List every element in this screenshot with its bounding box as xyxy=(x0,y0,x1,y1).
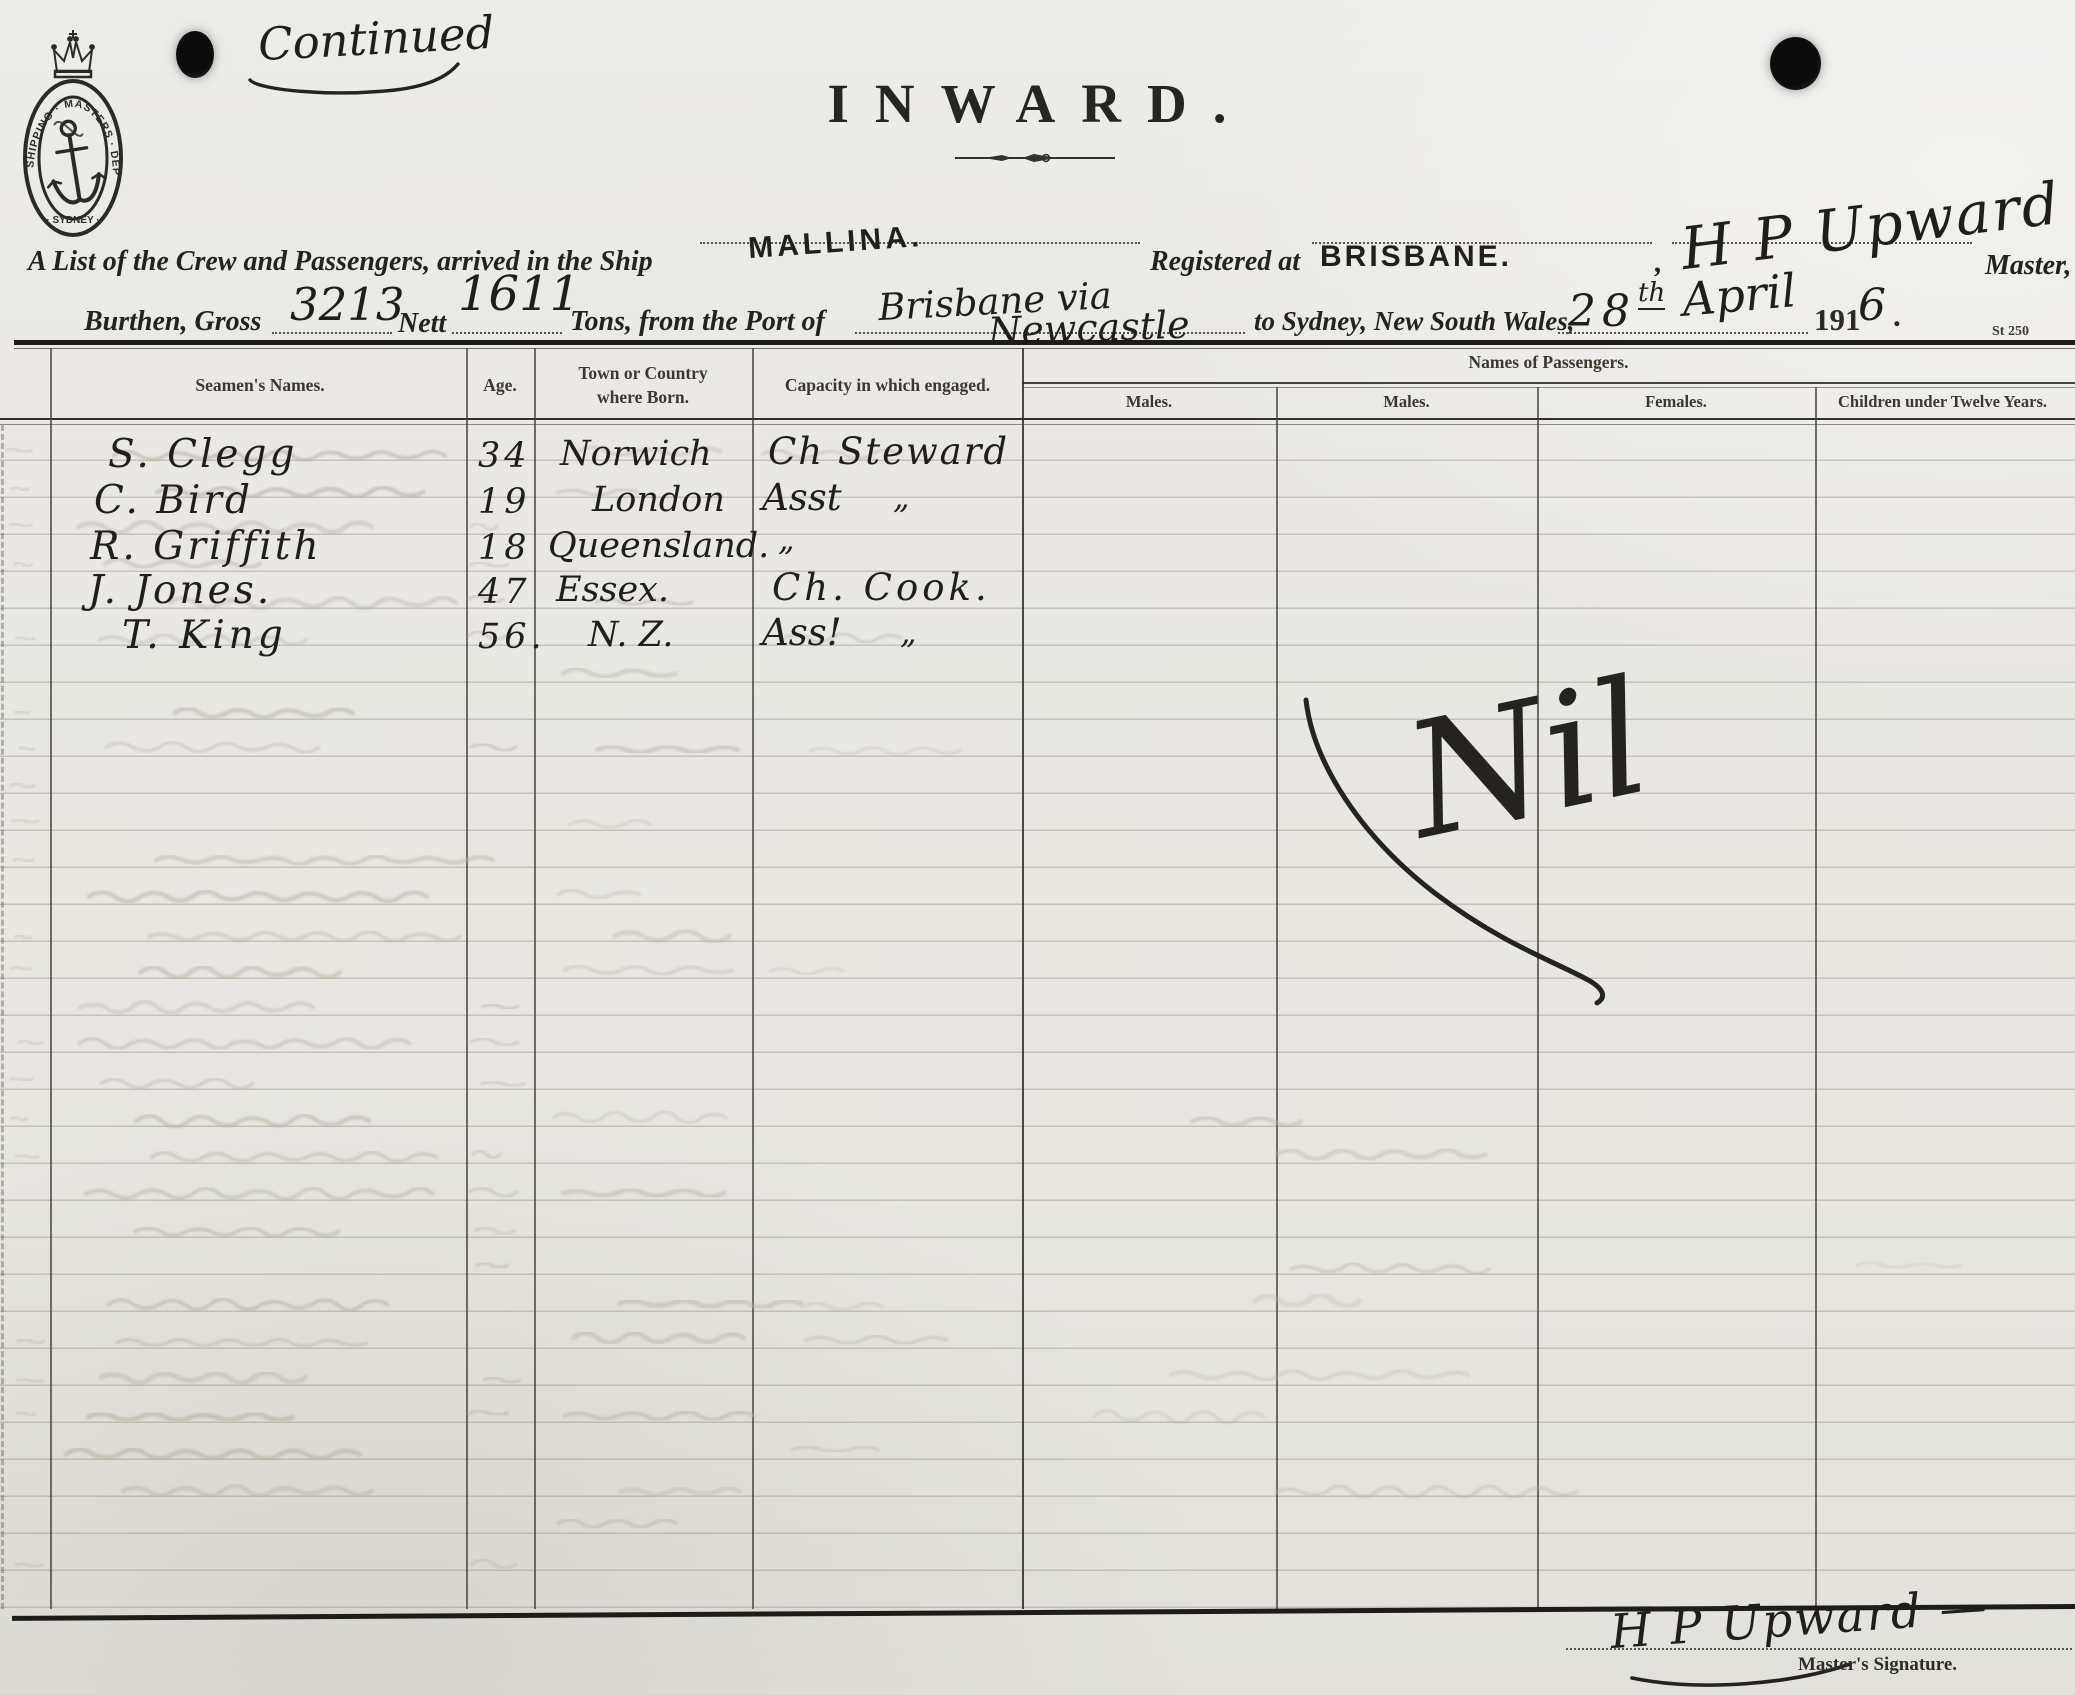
scanned-document: SHIPPING · MASTERS · DEPARTMENT · SYDNEY… xyxy=(0,0,2075,1695)
master-signature-label: Master's Signature. xyxy=(1798,1654,1957,1676)
signature-flourish xyxy=(0,0,2075,1695)
scan-edge xyxy=(1,425,4,1609)
